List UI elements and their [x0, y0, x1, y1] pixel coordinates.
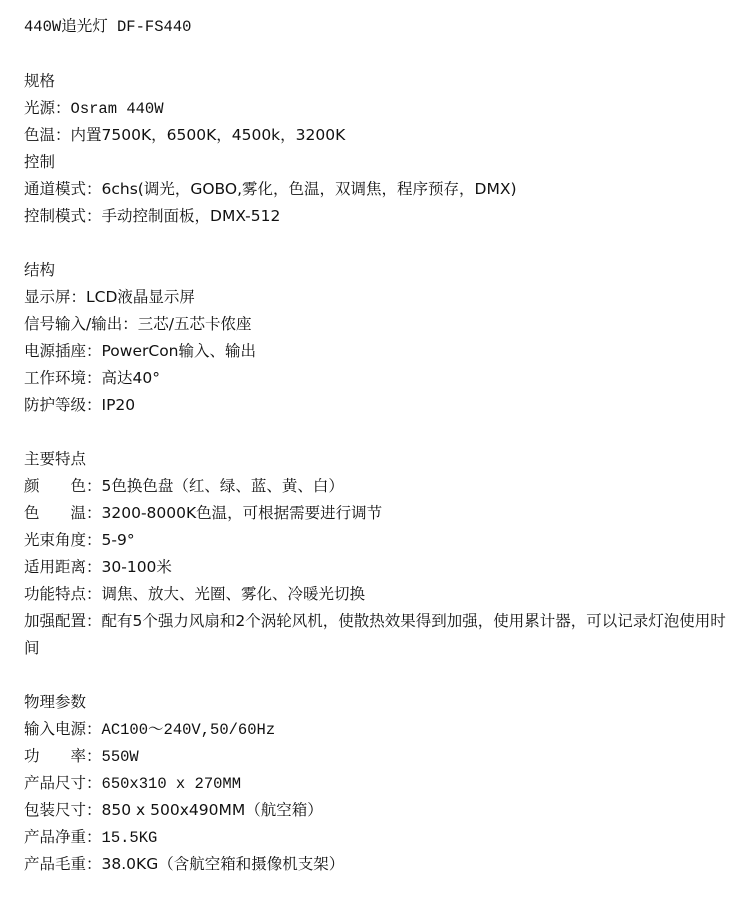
spec-label: 产品尺寸：: [24, 774, 102, 792]
spec-line-beam-angle: 光束角度：5-9°: [24, 527, 736, 554]
spacer: [24, 41, 736, 68]
spec-value: 5色换色盘（红、绿、蓝、黄、白）: [102, 477, 344, 495]
spec-line-input-power: 输入电源：AC100～240V,50/60Hz: [24, 716, 736, 743]
spec-value: 30-100米: [102, 558, 172, 576]
spec-label: 功 率：: [24, 747, 102, 765]
spec-line-environment: 工作环境：高达40°: [24, 365, 736, 392]
spec-label: 显示屏：: [24, 288, 86, 306]
spacer: [24, 419, 736, 446]
spacer: [24, 230, 736, 257]
spec-value: AC100～240V,50/60Hz: [102, 721, 276, 739]
spec-line-functions: 功能特点：调焦、放大、光圈、雾化、冷暖光切换: [24, 581, 736, 608]
section-heading-structure: 结构: [24, 257, 736, 284]
spec-label: 产品净重：: [24, 828, 102, 846]
spec-line-display: 显示屏：LCD液晶显示屏: [24, 284, 736, 311]
spec-label: 加强配置：: [24, 612, 102, 630]
spec-line-color-temp-range: 色 温：3200-8000K色温，可根据需要进行调节: [24, 500, 736, 527]
spec-label: 色 温：: [24, 504, 102, 522]
product-spec-document: 440W追光灯 DF-FS440 规格 光源：Osram 440W 色温：内置7…: [24, 14, 736, 878]
spec-value: LCD液晶显示屏: [86, 288, 195, 306]
spec-label: 功能特点：: [24, 585, 102, 603]
spec-value: 内置7500K，6500K，4500k，3200K: [71, 126, 346, 144]
spec-value: IP20: [102, 396, 136, 414]
spec-label: 控制模式：: [24, 207, 102, 225]
spec-value: 850 x 500x490MM（航空箱）: [102, 801, 323, 819]
spec-value: 15.5KG: [102, 829, 158, 847]
spec-label: 光源：: [24, 99, 71, 117]
spec-value: 6chs(调光，GOBO,雾化，色温，双调焦，程序预存，DMX): [102, 180, 517, 198]
spacer: [24, 662, 736, 689]
spec-value: PowerCon输入、输出: [102, 342, 257, 360]
product-title: 440W追光灯 DF-FS440: [24, 14, 736, 41]
spec-line-wattage: 功 率：550W: [24, 743, 736, 770]
spec-value: 38.0KG（含航空箱和摄像机支架）: [102, 855, 345, 873]
spec-line-net-weight: 产品净重：15.5KG: [24, 824, 736, 851]
spec-label: 输入电源：: [24, 720, 102, 738]
spec-label: 工作环境：: [24, 369, 102, 387]
spec-line-enhanced-config: 加强配置：配有5个强力风扇和2个涡轮风机，使散热效果得到加强，使用累计器，可以记…: [24, 608, 736, 662]
spec-label: 适用距离：: [24, 558, 102, 576]
spec-line-gross-weight: 产品毛重：38.0KG（含航空箱和摄像机支架）: [24, 851, 736, 878]
spec-label: 颜 色：: [24, 477, 102, 495]
spec-line-product-size: 产品尺寸：650x310 x 270MM: [24, 770, 736, 797]
spec-value: Osram 440W: [71, 100, 164, 118]
spec-label: 包装尺寸：: [24, 801, 102, 819]
spec-value: 调焦、放大、光圈、雾化、冷暖光切换: [102, 585, 366, 603]
spec-label: 色温：: [24, 126, 71, 144]
spec-line-colors: 颜 色：5色换色盘（红、绿、蓝、黄、白）: [24, 473, 736, 500]
spec-value: 三芯/五芯卡侬座: [138, 315, 252, 333]
spec-value: 3200-8000K色温，可根据需要进行调节: [102, 504, 383, 522]
spec-value: 手动控制面板，DMX-512: [102, 207, 281, 225]
spec-label: 产品毛重：: [24, 855, 102, 873]
spec-value: 高达40°: [102, 369, 160, 387]
section-heading-control: 控制: [24, 149, 736, 176]
spec-label: 信号输入/输出：: [24, 315, 138, 333]
spec-line-color-temp: 色温：内置7500K，6500K，4500k，3200K: [24, 122, 736, 149]
spec-line-distance: 适用距离：30-100米: [24, 554, 736, 581]
spec-line-power-socket: 电源插座：PowerCon输入、输出: [24, 338, 736, 365]
section-heading-physical: 物理参数: [24, 689, 736, 716]
spec-line-package-size: 包装尺寸：850 x 500x490MM（航空箱）: [24, 797, 736, 824]
spec-label: 光束角度：: [24, 531, 102, 549]
spec-value: 5-9°: [102, 531, 135, 549]
spec-line-light-source: 光源：Osram 440W: [24, 95, 736, 122]
spec-value: 550W: [102, 748, 139, 766]
spec-line-control-mode: 控制模式：手动控制面板，DMX-512: [24, 203, 736, 230]
spec-label: 防护等级：: [24, 396, 102, 414]
section-heading-features: 主要特点: [24, 446, 736, 473]
spec-line-signal-io: 信号输入/输出：三芯/五芯卡侬座: [24, 311, 736, 338]
spec-line-channel-mode: 通道模式：6chs(调光，GOBO,雾化，色温，双调焦，程序预存，DMX): [24, 176, 736, 203]
section-heading-specs: 规格: [24, 68, 736, 95]
spec-label: 电源插座：: [24, 342, 102, 360]
spec-value: 650x310 x 270MM: [102, 775, 242, 793]
spec-line-protection: 防护等级：IP20: [24, 392, 736, 419]
spec-value: 配有5个强力风扇和2个涡轮风机，使散热效果得到加强，使用累计器，可以记录灯泡使用…: [24, 612, 726, 657]
spec-label: 通道模式：: [24, 180, 102, 198]
